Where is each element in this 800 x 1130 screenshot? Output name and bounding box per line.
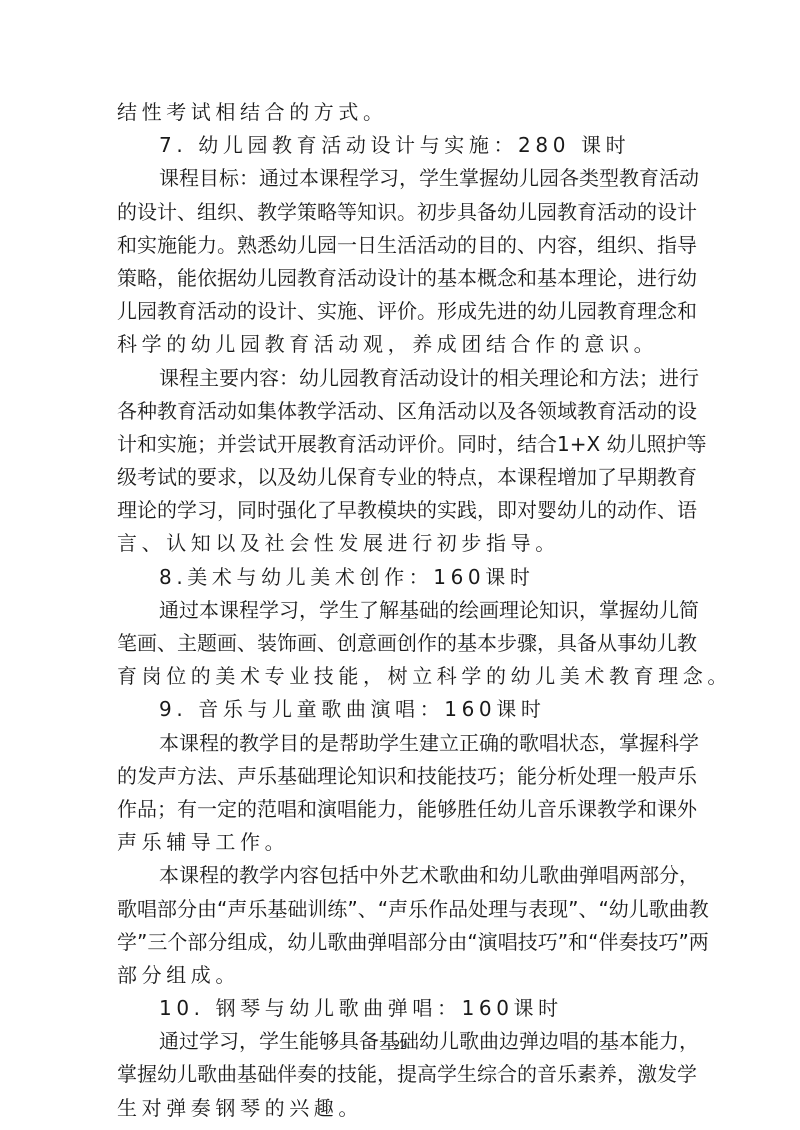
- text-line: 各种教育活动如集体教学活动、区角活动以及各领域教育活动的设: [117, 395, 683, 428]
- text-line: 歌唱部分由“声乐基础训练”、“声乐作品处理与表现”、“幼儿歌曲教: [117, 893, 683, 926]
- text-line: 结性考试相结合的方式。: [117, 96, 683, 129]
- text-line: 通过本课程学习，学生了解基础的绘画理论知识，掌握幼儿简: [117, 594, 683, 627]
- course-heading: 7. 幼儿园教育活动设计与实施：280 课时: [117, 129, 683, 162]
- text-line: 部分组成。: [117, 959, 683, 992]
- text-line: 笔画、主题画、装饰画、创意画创作的基本步骤，具备从事幼儿教: [117, 627, 683, 660]
- text-line: 课程主要内容：幼儿园教育活动设计的相关理论和方法；进行: [117, 362, 683, 395]
- course-heading: 8.美术与幼儿美术创作：160课时: [117, 561, 683, 594]
- text-line: 学”三个部分组成，幼儿歌曲弹唱部分由“演唱技巧”和“伴奏技巧”两: [117, 926, 683, 959]
- page-number: 22: [0, 1037, 800, 1053]
- text-line: 策略，能依据幼儿园教育活动设计的基本概念和基本理论，进行幼: [117, 262, 683, 295]
- text-line: 言、认知以及社会性发展进行初步指导。: [117, 527, 683, 560]
- course-heading: 9. 音乐与儿童歌曲演唱：160课时: [117, 693, 683, 726]
- text-line: 声乐辅导工作。: [117, 826, 683, 859]
- text-line: 作品；有一定的范唱和演唱能力，能够胜任幼儿音乐课教学和课外: [117, 793, 683, 826]
- text-line: 生对弹奏钢琴的兴趣。: [117, 1092, 683, 1125]
- text-line: 级考试的要求，以及幼儿保育专业的特点，本课程增加了早期教育: [117, 461, 683, 494]
- text-line: 的设计、组织、教学策略等知识。初步具备幼儿园教育活动的设计: [117, 196, 683, 229]
- text-line: 掌握幼儿歌曲基础伴奏的技能，提高学生综合的音乐素养，激发学: [117, 1058, 683, 1091]
- document-body: 结性考试相结合的方式。7. 幼儿园教育活动设计与实施：280 课时课程目标：通过…: [117, 96, 683, 1125]
- text-line: 本课程的教学目的是帮助学生建立正确的歌唱状态，掌握科学: [117, 727, 683, 760]
- course-heading: 10. 钢琴与幼儿歌曲弹唱：160课时: [117, 992, 683, 1025]
- text-line: 和实施能力。熟悉幼儿园一日生活活动的目的、内容，组织、指导: [117, 229, 683, 262]
- text-line: 的发声方法、声乐基础理论知识和技能技巧；能分析处理一般声乐: [117, 760, 683, 793]
- text-line: 儿园教育活动的设计、实施、评价。形成先进的幼儿园教育理念和: [117, 295, 683, 328]
- text-line: 课程目标：通过本课程学习，学生掌握幼儿园各类型教育活动: [117, 162, 683, 195]
- text-line: 理论的学习，同时强化了早教模块的实践，即对婴幼儿的动作、语: [117, 494, 683, 527]
- text-line: 计和实施；并尝试开展教育活动评价。同时，结合1+X 幼儿照护等: [117, 428, 683, 461]
- text-line: 科学的幼儿园教育活动观，养成团结合作的意识。: [117, 328, 683, 361]
- text-line: 育岗位的美术专业技能，树立科学的幼儿美术教育理念。: [117, 660, 683, 693]
- text-line: 本课程的教学内容包括中外艺术歌曲和幼儿歌曲弹唱两部分，: [117, 859, 683, 892]
